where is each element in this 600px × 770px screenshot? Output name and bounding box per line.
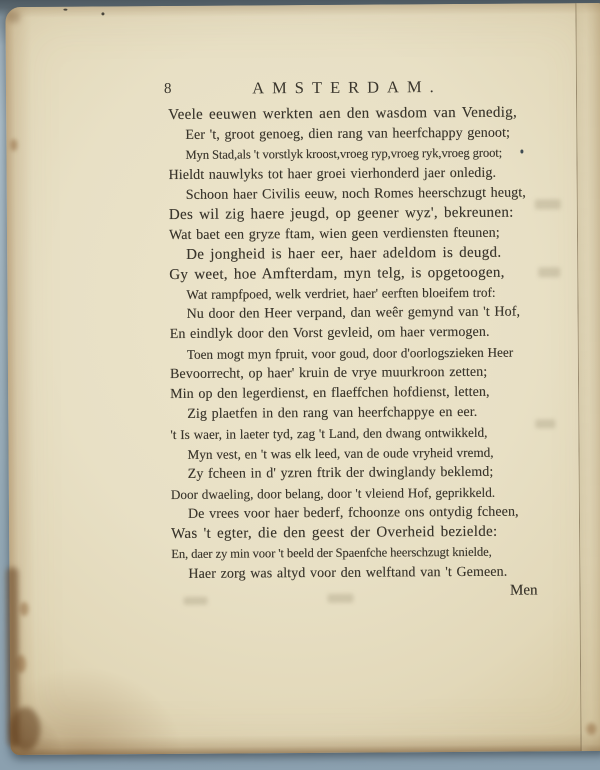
page-header: 8 AMSTERDAM. xyxy=(6,76,600,102)
poem-line: Zy fcheen in d' yzren ftrik der dwinglan… xyxy=(171,462,537,484)
poem-line: Haer zorg was altyd voor den welftand va… xyxy=(171,562,537,584)
poem-line: En eindlyk door den Vorst gevleid, om ha… xyxy=(170,323,536,345)
poem-line: De vrees voor haer bederf, fchoonze ons … xyxy=(171,502,537,524)
poem-line: Door dwaeling, door belang, door 't vlei… xyxy=(171,482,537,504)
book-page: 8 AMSTERDAM. Veele eeuwen werkten aen de… xyxy=(5,3,600,755)
showthrough-mark xyxy=(535,419,555,428)
catchword: Men xyxy=(171,582,549,602)
poem-line: Wat rampfpoed, welk verdriet, haer' eerf… xyxy=(169,283,535,305)
photo-background: 8 AMSTERDAM. Veele eeuwen werkten aen de… xyxy=(0,0,600,770)
poem-text: Veele eeuwen werkten aen den wasdom van … xyxy=(168,103,537,584)
poem-line: De jongheid is haer eer, haer adeldom is… xyxy=(169,243,535,265)
poem-line: Wat baet een gryze ftam, wien geen verdi… xyxy=(169,223,535,245)
poem-line: Schoon haer Civilis eeuw, noch Romes hee… xyxy=(169,183,535,205)
corner-stain xyxy=(6,11,20,23)
poem-line: Eer 't, groot genoeg, dien rang van heer… xyxy=(168,123,534,145)
edge-stain xyxy=(6,567,19,747)
running-title: AMSTERDAM. xyxy=(231,77,455,99)
poem-line: Bevoorrecht, op haer' kruin de vrye muur… xyxy=(170,363,536,385)
poem-line: En, daer zy min voor 't beeld der Spaenf… xyxy=(171,542,537,564)
foxing-spot xyxy=(10,139,17,151)
showthrough-mark xyxy=(538,267,560,277)
foxing-spot xyxy=(586,723,596,735)
poem-line: 't Is waer, in laeter tyd, zag 't Land, … xyxy=(170,422,536,444)
foxing-spot xyxy=(20,602,29,616)
poem-line: Des wil zig haere jeugd, op geener wyz',… xyxy=(169,203,535,225)
poem-line: Nu door den Heer verpand, dan weêr gemyn… xyxy=(169,303,535,325)
poem-line: Was 't egter, die den geest der Overheid… xyxy=(171,522,537,544)
poem-line: Min op den legerdienst, en flaeffchen ho… xyxy=(170,383,536,405)
poem-line: Zig plaetfen in den rang van heerfchappy… xyxy=(170,402,536,424)
showthrough-mark xyxy=(535,199,561,209)
poem-line: Hieldt nauwlyks tot haer groei vierhonde… xyxy=(169,163,535,185)
poem-line: Myn Stad,als 't vorstlyk kroost,vroeg ry… xyxy=(168,143,534,165)
page-number: 8 xyxy=(164,81,172,98)
poem-line: Myn vest, en 't was elk leed, van de oud… xyxy=(170,442,536,464)
ink-speck xyxy=(63,9,67,11)
poem-line: Gy weet, hoe Amfterdam, myn telg, is opg… xyxy=(169,263,535,285)
page-fold-edge xyxy=(575,3,600,751)
poem-line: Veele eeuwen werkten aen den wasdom van … xyxy=(168,103,534,125)
poem-line: Toen mogt myn fpruit, voor goud, door d'… xyxy=(170,343,536,365)
ink-speck xyxy=(101,12,104,15)
